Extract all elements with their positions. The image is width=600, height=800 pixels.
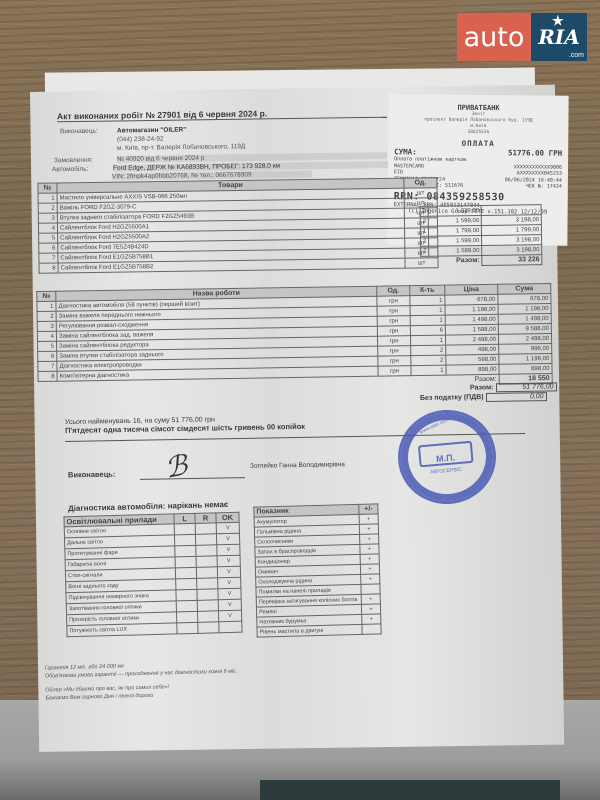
checks-mark: +: [359, 524, 378, 534]
lights-l: [177, 622, 198, 634]
lights-l: [176, 578, 197, 590]
goods-num: 3: [38, 213, 57, 223]
lights-r: [196, 556, 217, 568]
goods-num: 8: [39, 263, 58, 273]
executor-label: Виконавець:: [60, 128, 98, 136]
car-label: Автомобіль:: [52, 166, 89, 174]
works-qty: 2: [411, 345, 446, 356]
lights-r: [195, 534, 216, 546]
works-unit: грн: [377, 296, 410, 307]
lights-ok: V: [217, 555, 240, 567]
goods-qty: 2: [420, 206, 428, 216]
lights-r: [197, 611, 218, 623]
checks-mark: +: [361, 604, 380, 614]
works-table: № Назва роботи Од. К-ть Ціна Сума 1Діагн…: [36, 283, 553, 392]
lights-l: [175, 556, 196, 568]
star-icon: ★: [552, 14, 564, 29]
lights-name: Потужність світла LUX: [67, 623, 177, 637]
dark-surface: [260, 780, 560, 800]
goods-total-label: Разом:: [429, 255, 482, 266]
signature-label: Виконавець:: [68, 470, 116, 480]
goods-qty: 2: [420, 216, 428, 226]
checks-mark: +: [359, 514, 378, 524]
lights-l: [176, 611, 197, 623]
works-unit: грн: [377, 336, 410, 347]
vat-total: Без податку (ПДВ) 0,00: [420, 392, 547, 403]
works-num: 2: [37, 311, 56, 321]
checks-name: Рівень мастила в двигуні: [257, 624, 362, 637]
works-qty: 1: [410, 315, 445, 326]
lights-l: [174, 534, 195, 546]
works-unit: грн: [378, 346, 411, 357]
lights-r: [196, 545, 217, 557]
works-qty: 1: [410, 295, 445, 306]
autoria-watermark: auto ★ RIA .com: [457, 13, 587, 61]
works-unit: грн: [378, 356, 411, 367]
checks-mark: +: [361, 594, 380, 604]
works-header-unit: Од.: [377, 286, 410, 297]
works-num: 3: [37, 321, 56, 331]
lights-r: [196, 567, 217, 579]
lights-ok: V: [218, 610, 241, 622]
goods-num: 4: [38, 223, 57, 233]
works-num: 5: [38, 341, 57, 351]
lights-ok: V: [216, 522, 239, 534]
lights-table: Освітлювальні прилади L R OK Основне сві…: [63, 512, 242, 638]
lights-ok: [219, 621, 242, 633]
goods-qty: 1: [420, 226, 428, 236]
works-num: 8: [38, 371, 57, 381]
lights-ok: V: [218, 577, 241, 589]
works-qty: 1: [411, 365, 446, 376]
grand-total: Разом: 51 776,00: [470, 382, 557, 392]
goods-num: 5: [39, 233, 58, 243]
lights-ok: V: [217, 566, 240, 578]
works-num: 1: [37, 301, 56, 311]
goods-header-unit: Од.: [404, 178, 437, 188]
goods-prices-table: 21 339,0021 599,003 198,0011 799,001 799…: [420, 204, 543, 267]
goods-qty: 2: [421, 246, 429, 256]
works-num: 6: [38, 351, 57, 361]
warranty-footer: Гарантія 12 міс. або 24 000 км Обов'язко…: [45, 659, 239, 702]
goods-num: 2: [38, 203, 57, 213]
lights-l: [175, 545, 196, 557]
executor-phone: (044) 238-24-92: [117, 136, 164, 144]
lights-l: [175, 567, 196, 579]
checks-mark: [361, 584, 380, 594]
checks-mark: [362, 624, 381, 634]
works-num: 7: [38, 361, 57, 371]
lights-ok: V: [217, 544, 240, 556]
works-header-num: №: [37, 291, 56, 301]
works-header-qty: К-ть: [410, 285, 445, 296]
goods-num: 1: [38, 193, 57, 203]
lights-ok: V: [218, 588, 241, 600]
lights-r: [197, 600, 218, 612]
checks-mark: +: [360, 554, 379, 564]
goods-table: № Товари Од. 1Мастило універсальне AXXIS…: [37, 177, 438, 274]
goods-total-value: 33 226: [482, 255, 542, 266]
vat-value: 0,00: [485, 392, 546, 402]
goods-qty: 2: [421, 236, 429, 246]
works-num: 4: [37, 331, 56, 341]
works-qty: 2: [411, 355, 446, 366]
goods-header-num: №: [38, 183, 57, 193]
works-qty: 1: [410, 335, 445, 346]
lights-r: [197, 578, 218, 590]
executor-name: Автомагазин "OILER": [117, 127, 186, 135]
works-unit: грн: [378, 366, 411, 377]
works-qty: 1: [410, 305, 445, 316]
works-qty: 6: [410, 325, 445, 336]
lights-l: [174, 523, 195, 535]
works-unit: грн: [377, 306, 410, 317]
lights-ok: V: [218, 599, 241, 611]
works-unit: грн: [377, 316, 410, 327]
watermark-auto: auto: [457, 13, 531, 61]
goods-num: 6: [39, 243, 58, 253]
goods-num: 7: [39, 253, 58, 263]
checks-mark: +: [360, 544, 379, 554]
checks-mark: +: [360, 534, 379, 544]
checks-mark: +: [360, 564, 379, 574]
checks-table: Показник +/- Акумулятор+Гальмівна рідина…: [253, 503, 381, 637]
lights-r: [198, 622, 219, 634]
watermark-ria: ★ RIA .com: [531, 13, 587, 61]
lights-r: [195, 523, 216, 535]
grand-total-value: 51 776,00: [495, 382, 556, 392]
order-label: Замовлення:: [54, 157, 93, 165]
checks-mark: +: [361, 574, 380, 584]
goods-unit: шт: [404, 188, 437, 198]
checks-mark: +: [362, 614, 381, 624]
lights-l: [176, 600, 197, 612]
lights-l: [176, 589, 197, 601]
lights-r: [197, 589, 218, 601]
lights-ok: V: [216, 533, 239, 545]
works-unit: грн: [377, 326, 410, 337]
